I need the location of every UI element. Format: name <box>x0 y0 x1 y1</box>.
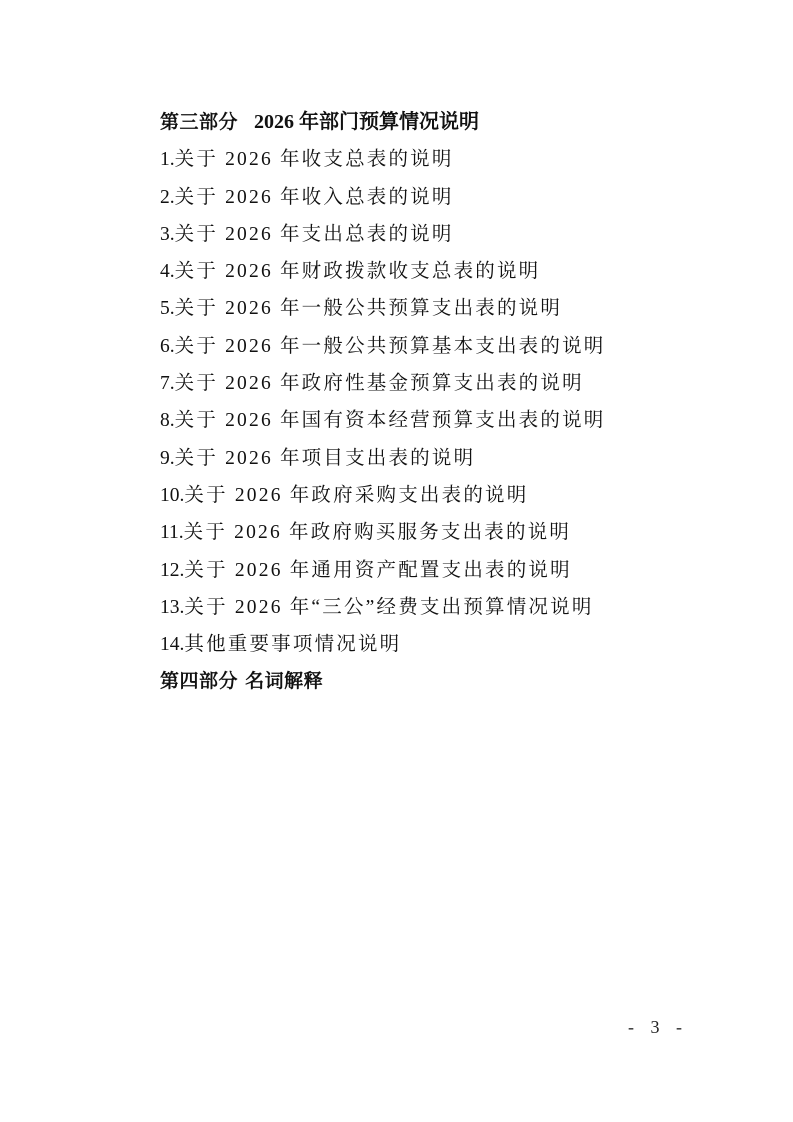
toc-item-text: 关于 2026 年一般公共预算基本支出表的说明 <box>175 336 606 357</box>
toc-item-6: 6.关于 2026 年一般公共预算基本支出表的说明 <box>160 328 640 365</box>
toc-item-number: 3. <box>160 224 175 245</box>
toc-item-text: 关于 2026 年政府性基金预算支出表的说明 <box>175 373 584 394</box>
toc-item-number: 12. <box>160 560 184 581</box>
toc-item-number: 13. <box>160 597 184 618</box>
toc-item-number: 2. <box>160 187 175 208</box>
table-of-contents: 第三部分2026 年部门预算情况说明 1.关于 2026 年收支总表的说明 2.… <box>160 104 640 701</box>
toc-item-number: 4. <box>160 261 175 282</box>
toc-item-text: 关于 2026 年收入总表的说明 <box>175 187 454 208</box>
toc-item-2: 2.关于 2026 年收入总表的说明 <box>160 179 640 216</box>
toc-item-8: 8.关于 2026 年国有资本经营预算支出表的说明 <box>160 402 640 439</box>
toc-item-text: 关于 2026 年支出总表的说明 <box>175 224 454 245</box>
toc-item-number: 6. <box>160 336 175 357</box>
toc-item-text: 关于 2026 年“三公”经费支出预算情况说明 <box>184 597 593 618</box>
document-page: 第三部分2026 年部门预算情况说明 1.关于 2026 年收支总表的说明 2.… <box>0 0 793 1122</box>
page-number: - 3 - <box>628 1017 688 1038</box>
toc-item-10: 10.关于 2026 年政府采购支出表的说明 <box>160 477 640 514</box>
toc-item-number: 5. <box>160 298 175 319</box>
toc-item-number: 8. <box>160 410 175 431</box>
toc-item-number: 1. <box>160 149 175 170</box>
toc-item-9: 9.关于 2026 年项目支出表的说明 <box>160 440 640 477</box>
section-3-prefix: 第三部分 <box>160 111 238 133</box>
toc-item-1: 1.关于 2026 年收支总表的说明 <box>160 141 640 178</box>
toc-item-12: 12.关于 2026 年通用资产配置支出表的说明 <box>160 552 640 589</box>
toc-item-number: 9. <box>160 448 175 469</box>
toc-item-number: 14. <box>160 634 184 655</box>
toc-item-number: 10. <box>160 485 184 506</box>
toc-item-3: 3.关于 2026 年支出总表的说明 <box>160 216 640 253</box>
toc-item-number: 11. <box>160 522 184 543</box>
section-3-heading: 第三部分2026 年部门预算情况说明 <box>160 104 640 141</box>
toc-item-number: 7. <box>160 373 175 394</box>
toc-item-text: 关于 2026 年政府购买服务支出表的说明 <box>184 522 571 543</box>
toc-item-text: 关于 2026 年通用资产配置支出表的说明 <box>184 560 571 581</box>
toc-item-11: 11.关于 2026 年政府购买服务支出表的说明 <box>160 514 640 551</box>
toc-item-text: 其他重要事项情况说明 <box>184 634 401 655</box>
toc-item-text: 关于 2026 年财政拨款收支总表的说明 <box>175 261 541 282</box>
toc-item-7: 7.关于 2026 年政府性基金预算支出表的说明 <box>160 365 640 402</box>
toc-item-text: 关于 2026 年收支总表的说明 <box>175 149 454 170</box>
section-4-heading: 第四部分 名词解释 <box>160 663 640 700</box>
toc-item-text: 关于 2026 年项目支出表的说明 <box>175 448 476 469</box>
toc-item-text: 关于 2026 年国有资本经营预算支出表的说明 <box>175 410 606 431</box>
toc-item-5: 5.关于 2026 年一般公共预算支出表的说明 <box>160 290 640 327</box>
toc-item-text: 关于 2026 年一般公共预算支出表的说明 <box>175 298 562 319</box>
toc-item-13: 13.关于 2026 年“三公”经费支出预算情况说明 <box>160 589 640 626</box>
toc-item-14: 14.其他重要事项情况说明 <box>160 626 640 663</box>
section-3-title: 2026 年部门预算情况说明 <box>254 111 479 133</box>
toc-item-4: 4.关于 2026 年财政拨款收支总表的说明 <box>160 253 640 290</box>
toc-item-text: 关于 2026 年政府采购支出表的说明 <box>184 485 528 506</box>
